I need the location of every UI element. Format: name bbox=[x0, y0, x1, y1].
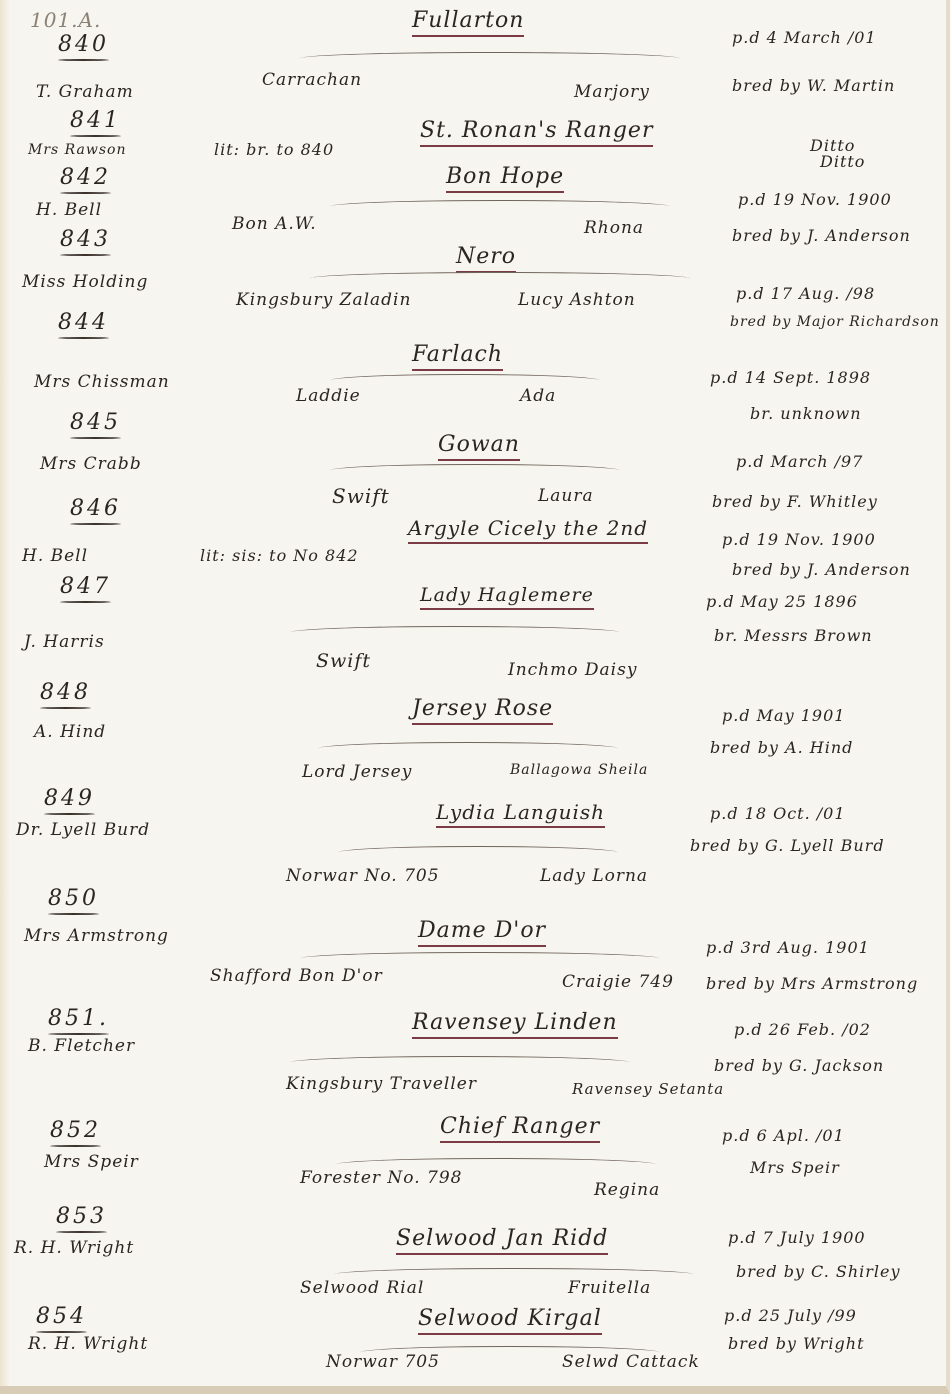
entry-breeder: bred by C. Shirley bbox=[736, 1262, 901, 1281]
entry-breeder: br. unknown bbox=[750, 404, 862, 423]
entry-name: Nero bbox=[456, 244, 516, 273]
entry-name: Jersey Rose bbox=[412, 696, 553, 725]
entry-owner: R. H. Wright bbox=[14, 1238, 134, 1258]
entry-breeder: bred by G. Lyell Burd bbox=[690, 836, 885, 855]
entry-dam: Selwd Cattack bbox=[562, 1352, 700, 1372]
pedigree-brace bbox=[290, 1056, 630, 1069]
entry-number: 849 bbox=[44, 786, 95, 811]
entry-sire: Carrachan bbox=[262, 70, 362, 90]
entry-number: 844 bbox=[58, 310, 109, 335]
entry-number: 848 bbox=[40, 680, 91, 705]
entry-breeder: bred by W. Martin bbox=[732, 76, 895, 95]
entry-owner: H. Bell bbox=[36, 200, 102, 220]
entry-breeder: Ditto bbox=[820, 152, 865, 171]
entry-sire: Kingsbury Traveller bbox=[286, 1074, 477, 1094]
ledger-page: 101.A. 840 T. Graham Fullarton Carrachan… bbox=[0, 0, 950, 1394]
pedigree-brace bbox=[330, 200, 670, 213]
entry-owner: Miss Holding bbox=[22, 272, 148, 292]
entry-number: 846 bbox=[70, 496, 121, 521]
entry-birth-date: p.d 25 July /99 bbox=[724, 1306, 857, 1325]
entry-birth-date: p.d 18 Oct. /01 bbox=[710, 804, 846, 823]
entry-breeder: bred by G. Jackson bbox=[714, 1056, 884, 1075]
entry-note: lit: br. to 840 bbox=[214, 140, 334, 159]
entry-sire: Laddie bbox=[296, 386, 361, 406]
entry-number: 845 bbox=[70, 410, 121, 435]
entry-sire: Forester No. 798 bbox=[300, 1168, 463, 1188]
entry-name: Chief Ranger bbox=[440, 1114, 600, 1143]
entry-number: 840 bbox=[58, 32, 109, 57]
entry-number: 854 bbox=[36, 1304, 87, 1329]
entry-birth-date: p.d 7 July 1900 bbox=[728, 1228, 866, 1247]
entry-dam: Laura bbox=[538, 486, 594, 506]
entry-birth-date: p.d May 1901 bbox=[722, 706, 845, 725]
entry-owner: A. Hind bbox=[34, 722, 106, 742]
entry-birth-date: p.d May 25 1896 bbox=[706, 592, 858, 611]
entry-dam: Fruitella bbox=[568, 1278, 651, 1298]
entry-owner: Mrs Speir bbox=[44, 1152, 139, 1172]
entry-dam: Regina bbox=[594, 1180, 660, 1200]
entry-breeder: bred by Mrs Armstrong bbox=[706, 974, 918, 993]
entry-dam: Lucy Ashton bbox=[518, 290, 636, 310]
entry-breeder: bred by F. Whitley bbox=[712, 492, 878, 511]
entry-number: 847 bbox=[60, 574, 111, 599]
entry-sire: Norwar 705 bbox=[326, 1352, 440, 1372]
entry-breeder: bred by Major Richardson bbox=[730, 314, 940, 330]
entry-birth-date: p.d 6 Apl. /01 bbox=[722, 1126, 845, 1145]
entry-breeder: br. Messrs Brown bbox=[714, 626, 873, 645]
pedigree-brace bbox=[330, 374, 600, 387]
entry-sire: Swift bbox=[316, 650, 371, 672]
entry-birth-date: p.d 19 Nov. 1900 bbox=[722, 530, 876, 549]
entry-number: 850 bbox=[48, 886, 99, 911]
entry-birth-date: p.d 14 Sept. 1898 bbox=[710, 368, 871, 387]
pedigree-brace bbox=[300, 52, 680, 65]
entry-breeder: bred by J. Anderson bbox=[732, 226, 911, 245]
entry-name: Farlach bbox=[412, 342, 503, 371]
entry-name: Argyle Cicely the 2nd bbox=[408, 516, 648, 544]
entry-number: 853 bbox=[56, 1204, 107, 1229]
entry-breeder: bred by J. Anderson bbox=[732, 560, 911, 579]
entry-dam: Ravensey Setanta bbox=[572, 1080, 724, 1098]
pedigree-brace bbox=[318, 742, 618, 755]
entry-sire: Shafford Bon D'or bbox=[210, 966, 383, 986]
entry-owner: Mrs Armstrong bbox=[24, 926, 169, 946]
entry-number: 841 bbox=[70, 108, 121, 133]
entry-number: 852 bbox=[50, 1118, 101, 1143]
pedigree-brace bbox=[290, 626, 620, 639]
entry-birth-date: p.d 4 March /01 bbox=[732, 28, 877, 47]
pedigree-brace bbox=[300, 952, 660, 965]
entry-owner: J. Harris bbox=[24, 632, 105, 652]
entry-sire: Kingsbury Zaladin bbox=[236, 290, 411, 310]
entry-number: 851. bbox=[48, 1006, 109, 1031]
entry-owner: Mrs Rawson bbox=[28, 142, 126, 158]
entry-name: Ravensey Linden bbox=[412, 1010, 618, 1039]
pedigree-brace bbox=[338, 846, 618, 859]
entry-dam: Marjory bbox=[574, 82, 650, 102]
entry-sire: Lord Jersey bbox=[302, 762, 412, 782]
entry-birth-date: p.d 3rd Aug. 1901 bbox=[706, 938, 870, 957]
entry-owner: Mrs Crabb bbox=[40, 454, 142, 474]
entry-name: Lady Haglemere bbox=[420, 584, 594, 610]
entry-birth-date: p.d 19 Nov. 1900 bbox=[738, 190, 892, 209]
entry-sire: Norwar No. 705 bbox=[286, 866, 440, 886]
entry-dam: Rhona bbox=[584, 218, 644, 238]
entry-sire: Selwood Rial bbox=[300, 1278, 424, 1298]
entry-sire: Swift bbox=[332, 484, 390, 508]
entry-owner: R. H. Wright bbox=[28, 1334, 148, 1354]
entry-name: Selwood Jan Ridd bbox=[396, 1226, 608, 1255]
entry-breeder: Mrs Speir bbox=[750, 1158, 840, 1177]
entry-number: 843 bbox=[60, 227, 111, 252]
entry-note: lit: sis: to No 842 bbox=[200, 546, 359, 565]
entry-dam: Craigie 749 bbox=[562, 972, 674, 992]
entry-breeder: bred by Wright bbox=[728, 1334, 865, 1353]
page-edge bbox=[0, 0, 10, 1386]
entry-breeder: bred by A. Hind bbox=[710, 738, 853, 757]
entry-name: St. Ronan's Ranger bbox=[420, 118, 653, 147]
entry-number: 842 bbox=[60, 165, 111, 190]
entry-dam: Ada bbox=[520, 386, 556, 406]
entry-owner: Dr. Lyell Burd bbox=[16, 820, 150, 840]
entry-dam: Lady Lorna bbox=[540, 866, 648, 886]
entry-dam: Ballagowa Sheila bbox=[510, 762, 648, 778]
entry-name: Bon Hope bbox=[446, 164, 564, 193]
entry-name: Lydia Languish bbox=[436, 800, 605, 828]
entry-name: Fullarton bbox=[412, 8, 524, 37]
entry-birth-date: p.d 26 Feb. /02 bbox=[734, 1020, 871, 1039]
entry-name: Dame D'or bbox=[418, 918, 546, 947]
entry-name: Gowan bbox=[438, 432, 520, 461]
entry-owner: Mrs Chissman bbox=[34, 372, 170, 392]
pedigree-brace bbox=[330, 464, 620, 477]
entry-dam: Inchmo Daisy bbox=[508, 660, 637, 680]
entry-name: Selwood Kirgal bbox=[418, 1306, 602, 1335]
entry-sire: Bon A.W. bbox=[232, 214, 317, 234]
entry-birth-date: p.d March /97 bbox=[736, 452, 863, 471]
folio-number: 101.A. bbox=[30, 8, 101, 32]
pedigree-brace bbox=[310, 272, 690, 285]
entry-owner: T. Graham bbox=[36, 82, 134, 102]
entry-owner: H. Bell bbox=[22, 546, 88, 566]
entry-birth-date: p.d 17 Aug. /98 bbox=[736, 284, 875, 303]
entry-owner: B. Fletcher bbox=[28, 1036, 135, 1056]
